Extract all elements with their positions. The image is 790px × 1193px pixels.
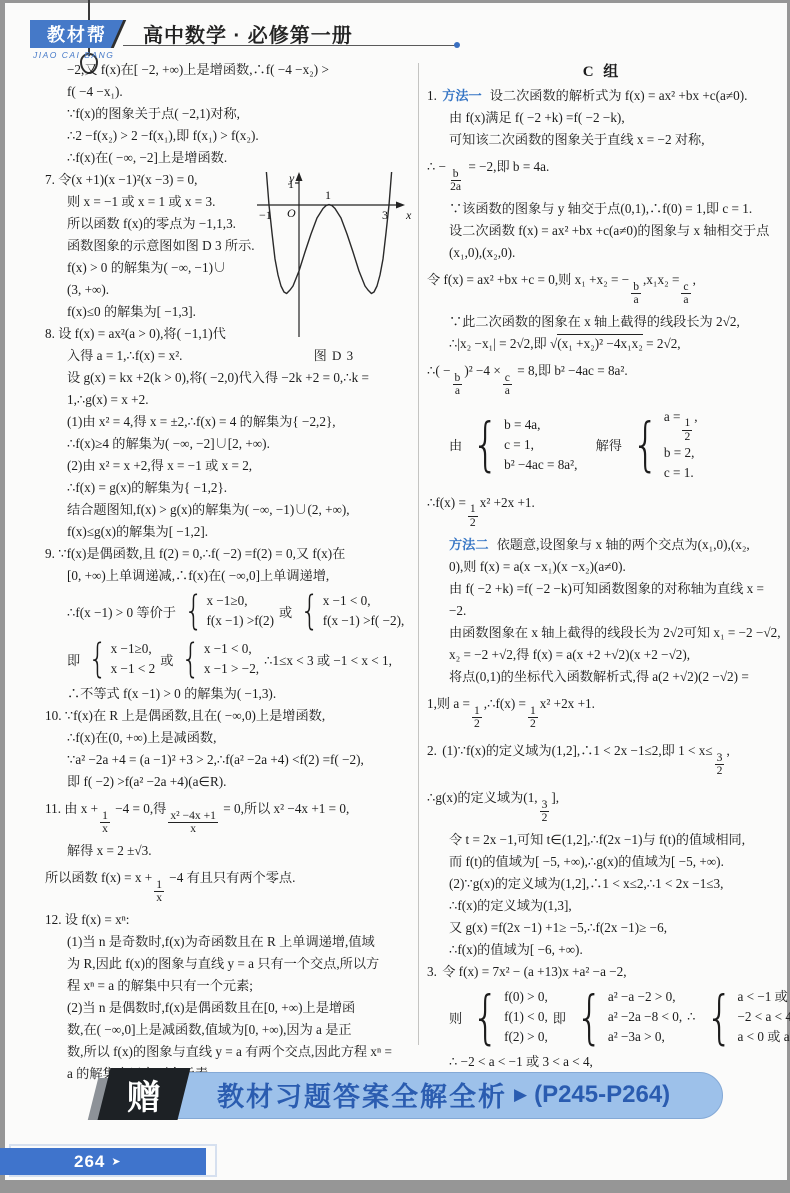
- text-line: ∴f(x)在( −∞, −2]上是增函数.: [45, 147, 417, 169]
- page-title: 高中数学 · 必修第一册: [143, 19, 353, 48]
- origin-label: O: [287, 206, 296, 220]
- text-line: 方法二依题意,设图象与 x 轴的两个交点为(x₁,0),(x₂,: [427, 534, 777, 556]
- text-line: ∴f(x) = g(x)的解集为{ −1,2}.: [45, 477, 417, 499]
- text-line: 令 t = 2x −1,可知 t∈(1,2],∴f(2x −1)与 f(t)的值…: [427, 829, 777, 851]
- text-line: 即 f( −2) >f(a² −2a +4)(a∈R).: [45, 771, 417, 793]
- text-line: −2,又 f(x)在[ −2, +∞)上是增函数,∴f( −4 −x₂) >: [45, 59, 417, 81]
- y-tick-label: 1: [288, 177, 294, 191]
- text-line: 令 f(x) = ax² +bx +c = 0,则 x₁ +x₂ = −ba,x…: [427, 264, 777, 311]
- method-label: 方法一: [442, 88, 482, 103]
- text-line: ∴f(x −1) > 0 等价于{x −1≥0,f(x −1) >f(2)或{x…: [45, 587, 417, 635]
- right-solution-lines: 1. 方法一设二次函数的解析式为 f(x) = ax² +bx +c(a≠0).…: [427, 85, 777, 1095]
- text-line: 则{f(0) > 0,f(1) < 0,f(2) > 0,即{a² −a −2 …: [427, 983, 777, 1051]
- column-divider: [418, 63, 419, 1045]
- text-line: 设二次函数 f(x) = ax² +bx +c(a≠0)的图象与 x 轴相交于点: [427, 220, 777, 242]
- text-line: 而 f(t)的值域为[ −5, +∞),∴g(x)的值域为[ −5, +∞).: [427, 851, 777, 873]
- text-line: ∵f(x)的图象关于点( −2,1)对称,: [45, 103, 417, 125]
- text-line: 所以函数 f(x) = x +1x −4 有且只有两个零点.: [45, 862, 417, 909]
- text-line: ∴( −ba)² −4 ×ca = 8,即 b² −4ac = 8a².: [427, 355, 777, 402]
- text-line: 0),则 f(x) = a(x −x₁)(x −x₂)(a≠0).: [427, 556, 777, 578]
- banner-title: 教材习题答案全解全析: [217, 1075, 507, 1114]
- text-line: (x₁,0),(x₂,0).: [427, 242, 777, 264]
- left-intro-lines: −2,又 f(x)在[ −2, +∞)上是增函数,∴f( −4 −x₂) >f(…: [45, 59, 417, 169]
- figure-d3: y x O 1 −1 3 1 图 D 3: [251, 171, 417, 366]
- left-column: −2,又 f(x)在[ −2, +∞)上是增函数,∴f( −4 −x₂) >f(…: [45, 59, 417, 1085]
- text-line: (2)当 n 是偶数时,f(x)是偶函数且在[0, +∞)上是增函: [45, 997, 417, 1019]
- text-line: ∴2 −f(x₂) > 2 −f(x₁),即 f(x₁) > f(x₂).: [45, 125, 417, 147]
- gift-stamp: 赠: [98, 1068, 191, 1120]
- section-heading-c-group: C 组: [427, 59, 777, 85]
- method-label: 方法二: [449, 537, 489, 552]
- text-line: 数,所以 f(x)的图象与直线 y = a 有两个交点,因此方程 xⁿ =: [45, 1041, 417, 1063]
- text-line: 1,则 a =12,∴f(x) =12x² +2x +1.: [427, 688, 777, 735]
- text-line: 结合题图知,f(x) > g(x)的解集为( −∞, −1)∪(2, +∞),: [45, 499, 417, 521]
- text-line: 12. 设 f(x) = xⁿ:: [45, 909, 417, 931]
- text-line: ∴不等式 f(x −1) > 0 的解集为( −1,3).: [45, 683, 417, 705]
- header-rule: [123, 45, 455, 46]
- text-line: ∴f(x) =12x² +2x +1.: [427, 487, 777, 534]
- text-line: x₂ = −2 +√2,得 f(x) = a(x +2 +√2)(x +2 −√…: [427, 644, 777, 666]
- peak-label: 1: [325, 188, 331, 202]
- header-rule-dot: [454, 42, 460, 48]
- y-axis-arrow: [296, 172, 303, 181]
- text-line: ∴f(x)的定义域为(1,3],: [427, 895, 777, 917]
- x-tick-minus1-label: −1: [259, 208, 272, 222]
- text-line: 由{b = 4a,c = 1,b² −4ac = 8a², 解得{a =12,b…: [427, 403, 777, 487]
- text-line: 又 g(x) =f(2x −1) +1≥ −5,∴f(2x −1)≥ −6,: [427, 917, 777, 939]
- x-axis-arrow: [396, 202, 405, 209]
- banner-text-row: 教材习题答案全解全析 ▶ (P245-P264): [217, 1072, 670, 1117]
- text-line: 设 g(x) = kx +2(k > 0),将( −2,0)代入得 −2k +2…: [45, 367, 417, 389]
- text-line: 可知该二次函数的图象关于直线 x = −2 对称,: [427, 129, 777, 151]
- text-line: (1)当 n 是奇数时,f(x)为奇函数且在 R 上单调递增,值域: [45, 931, 417, 953]
- text-line: 2. (1)∵f(x)的定义域为(1,2],∴1 < 2x −1≤2,即 1 <…: [427, 735, 777, 782]
- text-line: ∵a² −2a +4 = (a −1)² +3 > 2,∴f(a² −2a +4…: [45, 749, 417, 771]
- text-line: (2)由 x² = x +2,得 x = −1 或 x = 2,: [45, 455, 417, 477]
- text-line: 数,在( −∞,0]上是减函数,值域为[0, +∞),因为 a 是正: [45, 1019, 417, 1041]
- function-graph: y x O 1 −1 3 1: [251, 171, 417, 341]
- scanned-book-page: 教材帮 JIAO CAI BANG 高中数学 · 必修第一册 −2,又 f(x)…: [0, 0, 790, 1193]
- text-line: ∴ −b2a = −2,即 b = 4a.: [427, 151, 777, 198]
- x-tick-3-label: 3: [382, 208, 388, 222]
- text-line: ∵该函数的图象与 y 轴交于点(0,1),∴f(0) = 1,即 c = 1.: [427, 198, 777, 220]
- bonus-banner: 赠 教材习题答案全解全析 ▶ (P245-P264): [95, 1065, 723, 1123]
- page-number-arrow-icon: ➤: [111, 1155, 120, 1168]
- text-line: 由 f(x)满足 f( −2 +k) =f( −2 −k),: [427, 107, 777, 129]
- text-line: ∴g(x)的定义域为(1,32],: [427, 782, 777, 829]
- banner-arrow-icon: ▶: [514, 1085, 527, 1105]
- text-line: 1,∴g(x) = x +2.: [45, 389, 417, 411]
- text-line: 9. ∵f(x)是偶函数,且 f(2) = 0,∴f( −2) =f(2) = …: [45, 543, 417, 565]
- brand-badge-label: 教材帮: [47, 21, 107, 47]
- page-number: 264: [74, 1152, 105, 1172]
- text-line: ∵此二次函数的图象在 x 轴上截得的线段长为 2√2,: [427, 311, 777, 333]
- x-axis-label: x: [405, 208, 412, 222]
- text-line: f( −4 −x₁).: [45, 81, 417, 103]
- text-line: 程 xⁿ = a 的解集中只有一个元素;: [45, 975, 417, 997]
- figure-caption: 图 D 3: [251, 346, 417, 366]
- text-line: ∴f(x)的值域为[ −6, +∞).: [427, 939, 777, 961]
- text-line: (1)由 x² = 4,得 x = ±2,∴f(x) = 4 的解集为{ −2,…: [45, 411, 417, 433]
- page-number-box: 264 ➤: [0, 1148, 206, 1175]
- brand-badge: 教材帮: [30, 20, 124, 48]
- gift-stamp-label: 赠: [127, 1070, 161, 1119]
- text-line: 由函数图象在 x 轴上截得的线段长为 2√2可知 x₁ = −2 −√2,: [427, 622, 777, 644]
- text-line: 3. 令 f(x) = 7x² − (a +13)x +a² −a −2,: [427, 961, 777, 983]
- text-line: 11. 由 x +1x −4 = 0,得x² −4x +1x = 0,所以 x²…: [45, 793, 417, 840]
- text-line: 10. ∵f(x)在 R 上是偶函数,且在( −∞,0)上是增函数,: [45, 705, 417, 727]
- banner-page-range: (P245-P264): [534, 1081, 670, 1109]
- text-line: 由 f( −2 +k) =f( −2 −k)可知函数图象的对称轴为直线 x =: [427, 578, 777, 600]
- text-line: 1. 方法一设二次函数的解析式为 f(x) = ax² +bx +c(a≠0).: [427, 85, 777, 107]
- text-line: −2.: [427, 600, 777, 622]
- text-line: ∴f(x)≥4 的解集为( −∞, −2]∪[2, +∞).: [45, 433, 417, 455]
- text-line: 即{x −1≥0,x −1 < 2或{x −1 < 0,x −1 > −2,∴1…: [45, 635, 417, 683]
- text-line: [0, +∞)上单调递减,∴f(x)在( −∞,0]上单调递增,: [45, 565, 417, 587]
- text-line: ∴|x₂ −x₁| = 2√2,即 √(x₁ +x₂)² −4x₁x₂ = 2√…: [427, 333, 777, 355]
- text-line: 解得 x = 2 ±√3.: [45, 840, 417, 862]
- text-line: f(x)≤g(x)的解集为[ −1,2].: [45, 521, 417, 543]
- text-line: 为 R,因此 f(x)的图象与直线 y = a 只有一个交点,所以方: [45, 953, 417, 975]
- text-line: ∴f(x)在(0, +∞)上是减函数,: [45, 727, 417, 749]
- text-line: 将点(0,1)的坐标代入函数解析式,得 a(2 +√2)(2 −√2) =: [427, 666, 777, 688]
- page: 教材帮 JIAO CAI BANG 高中数学 · 必修第一册 −2,又 f(x)…: [5, 3, 787, 1180]
- text-line: (2)∵g(x)的定义域为(1,2],∴1 < x≤2,∴1 < 2x −1≤3…: [427, 873, 777, 895]
- right-column: C 组 1. 方法一设二次函数的解析式为 f(x) = ax² +bx +c(a…: [427, 59, 777, 1095]
